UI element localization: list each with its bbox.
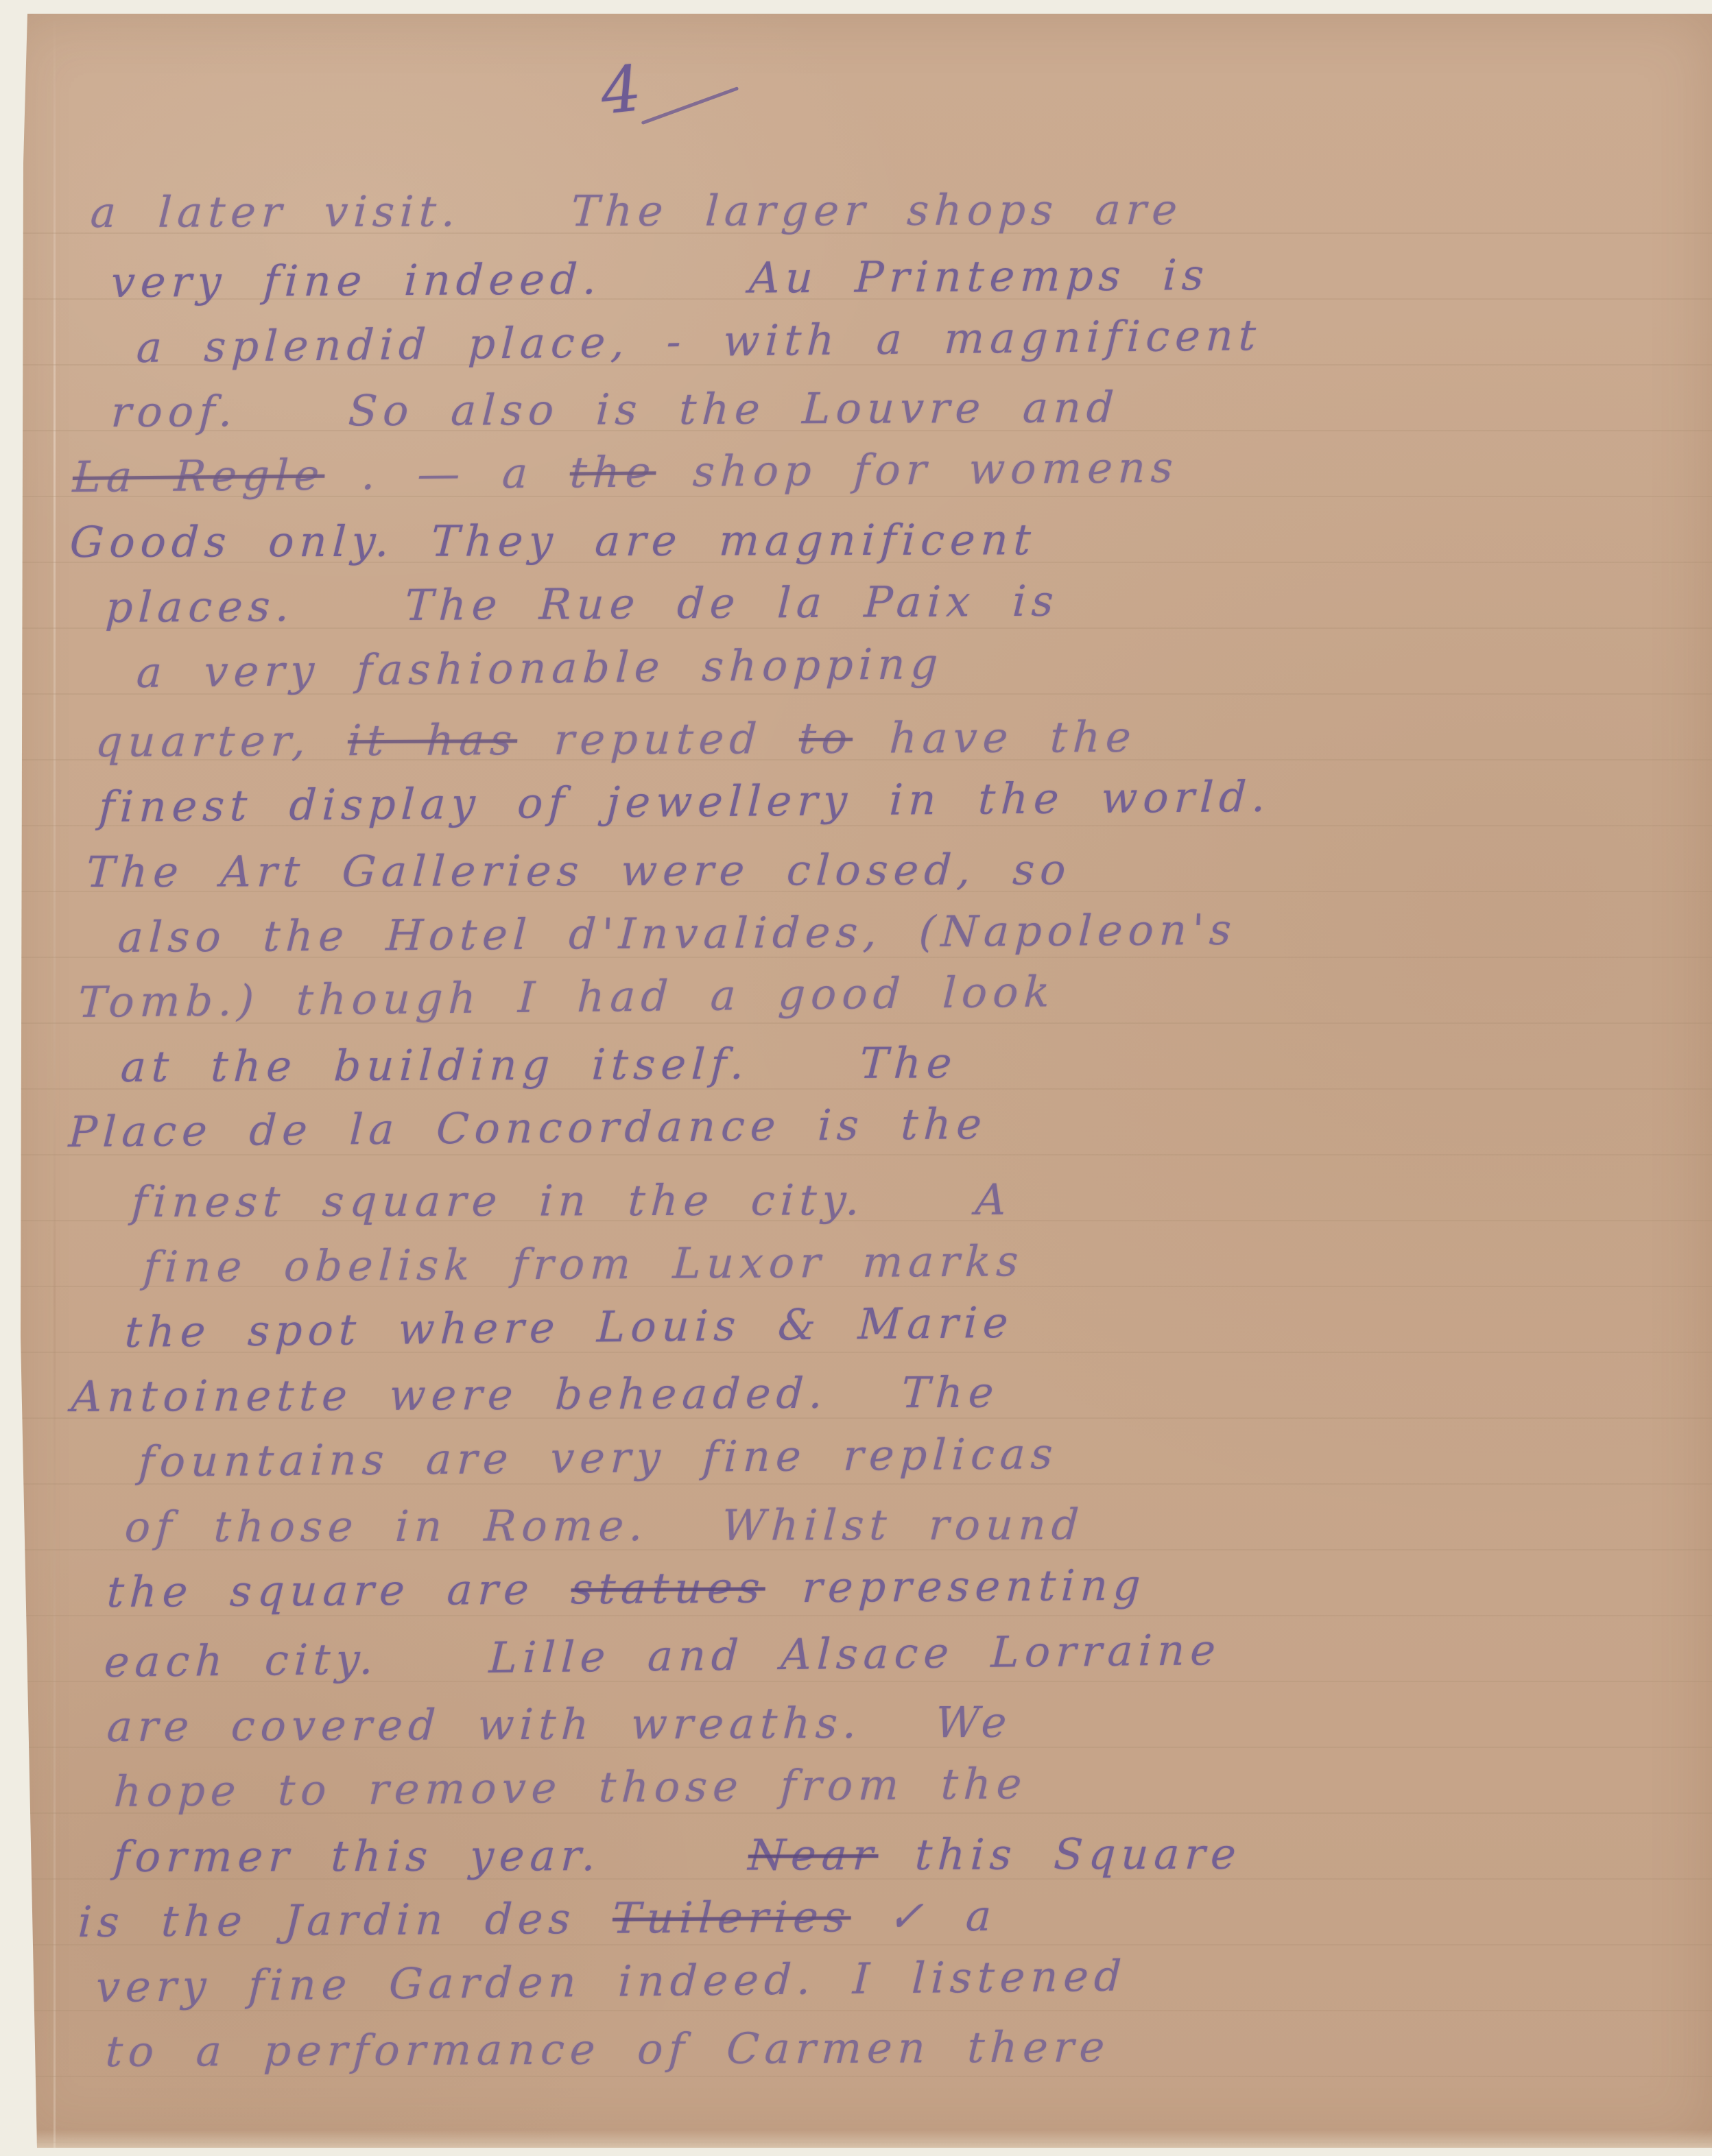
struck-text: it has [346,715,519,765]
handwritten-line: The Art Galleries were closed, so [85,844,1072,897]
handwritten-line: a very fashionable shopping [135,638,944,697]
handwritten-line: the spot where Louis & Marie [123,1297,1014,1356]
handwriting-text: the square are [106,1564,572,1617]
handwriting-text: a very fashionable shopping [135,638,944,697]
handwritten-line: of those in Rome. Whilst round [123,1499,1085,1552]
handwritten-line: each city. Lille and Alsace Lorraine [103,1625,1222,1687]
handwriting-text: roof. So also is the Louvre and [110,382,1120,437]
letter-page: 4 a later visit. The larger shops arever… [10,14,1712,2148]
handwriting-text: former this year. [112,1830,750,1882]
struck-text: Tuileries [611,1891,852,1943]
handwritten-line: is the Jardin des Tuileries ✓ a [77,1891,997,1947]
handwriting-text: ✓ a [850,1891,998,1941]
handwriting-text: is the Jardin des [77,1893,613,1946]
handwritten-line: La Regle . — a the shop for womens [71,442,1179,502]
paper-bottom-edge [10,2130,1712,2148]
handwritten-line: a splendid place, - with a magnificent [135,310,1262,372]
handwriting-text: finest square in the city. A [130,1175,1012,1227]
handwritten-line: hope to remove those from the [112,1758,1028,1817]
struck-text: La Regle [71,450,326,502]
handwritten-line: finest display of jewellery in the world… [97,771,1272,832]
handwriting-text: fountains are very fine replicas [137,1428,1059,1487]
scan-background: { "page": { "number": "4" }, "colors": {… [0,0,1712,2156]
handwritten-line: very fine Garden indeed. I listened [95,1950,1128,2012]
handwriting-text: finest display of jewellery in the world… [97,771,1272,832]
struck-text: statues [570,1562,766,1614]
handwritten-line: a later visit. The larger shops are [89,184,1184,237]
handwriting-text: of those in Rome. Whilst round [123,1499,1085,1552]
handwritten-line: are covered with wreaths. We [106,1697,1013,1751]
handwritten-line: Antoinette were beheaded. The [70,1367,1000,1422]
handwriting-text: Goods only. They are magnificent [69,514,1037,567]
handwriting-text: also the Hotel d'Invalides, (Napoleon's [117,905,1237,962]
handwriting-text: reputed [516,714,800,765]
handwriting-text: places. The Rue de la Paix is [104,575,1060,632]
handwriting-text: . — a [324,448,571,500]
handwritten-line: quarter, it has reputed to have the [94,712,1137,767]
handwritten-line: places. The Rue de la Paix is [104,575,1060,632]
handwriting-text: very fine Garden indeed. I listened [95,1950,1128,2012]
handwriting-text: Tomb.) though I had a good look [77,966,1056,1027]
handwriting-text: very fine indeed. Au Printemps is [110,250,1210,307]
handwritten-line: at the building itself. The [119,1038,958,1092]
struck-text: to [798,713,854,763]
handwriting-text: Antoinette were beheaded. The [70,1367,1000,1422]
handwritten-line: Goods only. They are magnificent [69,514,1037,567]
handwriting-text: this Square [877,1829,1243,1880]
handwritten-line: Place de la Concordance is the [67,1099,988,1157]
handwriting-text: Place de la Concordance is the [67,1099,988,1157]
struck-text: Near [747,1830,879,1880]
handwriting-text: fine obelisk from Luxor marks [142,1236,1025,1292]
handwritten-line: finest square in the city. A [130,1175,1012,1227]
handwriting-text: representing [764,1559,1147,1612]
handwriting-text: are covered with wreaths. We [106,1697,1013,1751]
handwriting-text: hope to remove those from the [112,1758,1028,1817]
handwritten-line: former this year. Near this Square [112,1829,1242,1882]
handwriting-text: at the building itself. The [119,1038,958,1092]
handwritten-line: to a performance of Carmen there [104,2022,1111,2076]
handwriting-text: have the [851,712,1137,763]
handwriting-text: the spot where Louis & Marie [123,1297,1014,1356]
handwritten-line: the square are statues representing [106,1559,1147,1616]
handwritten-line: Tomb.) though I had a good look [77,966,1056,1027]
handwriting-text: a later visit. The larger shops are [89,184,1184,237]
handwritten-line: also the Hotel d'Invalides, (Napoleon's [117,905,1237,962]
handwriting-text: shop for womens [655,442,1180,497]
handwritten-line: roof. So also is the Louvre and [110,382,1120,437]
handwritten-line: fountains are very fine replicas [137,1428,1059,1487]
handwriting-text: The Art Galleries were closed, so [85,844,1072,897]
handwriting-text: each city. Lille and Alsace Lorraine [103,1625,1222,1687]
handwritten-line: very fine indeed. Au Printemps is [110,250,1210,307]
handwriting-text: a splendid place, - with a magnificent [135,310,1262,372]
letter-lines: a later visit. The larger shops arevery … [10,14,1712,2148]
handwritten-line: fine obelisk from Luxor marks [142,1236,1025,1292]
handwriting-text: quarter, [94,716,349,767]
struck-text: the [569,447,657,498]
handwriting-text: to a performance of Carmen there [104,2022,1111,2076]
